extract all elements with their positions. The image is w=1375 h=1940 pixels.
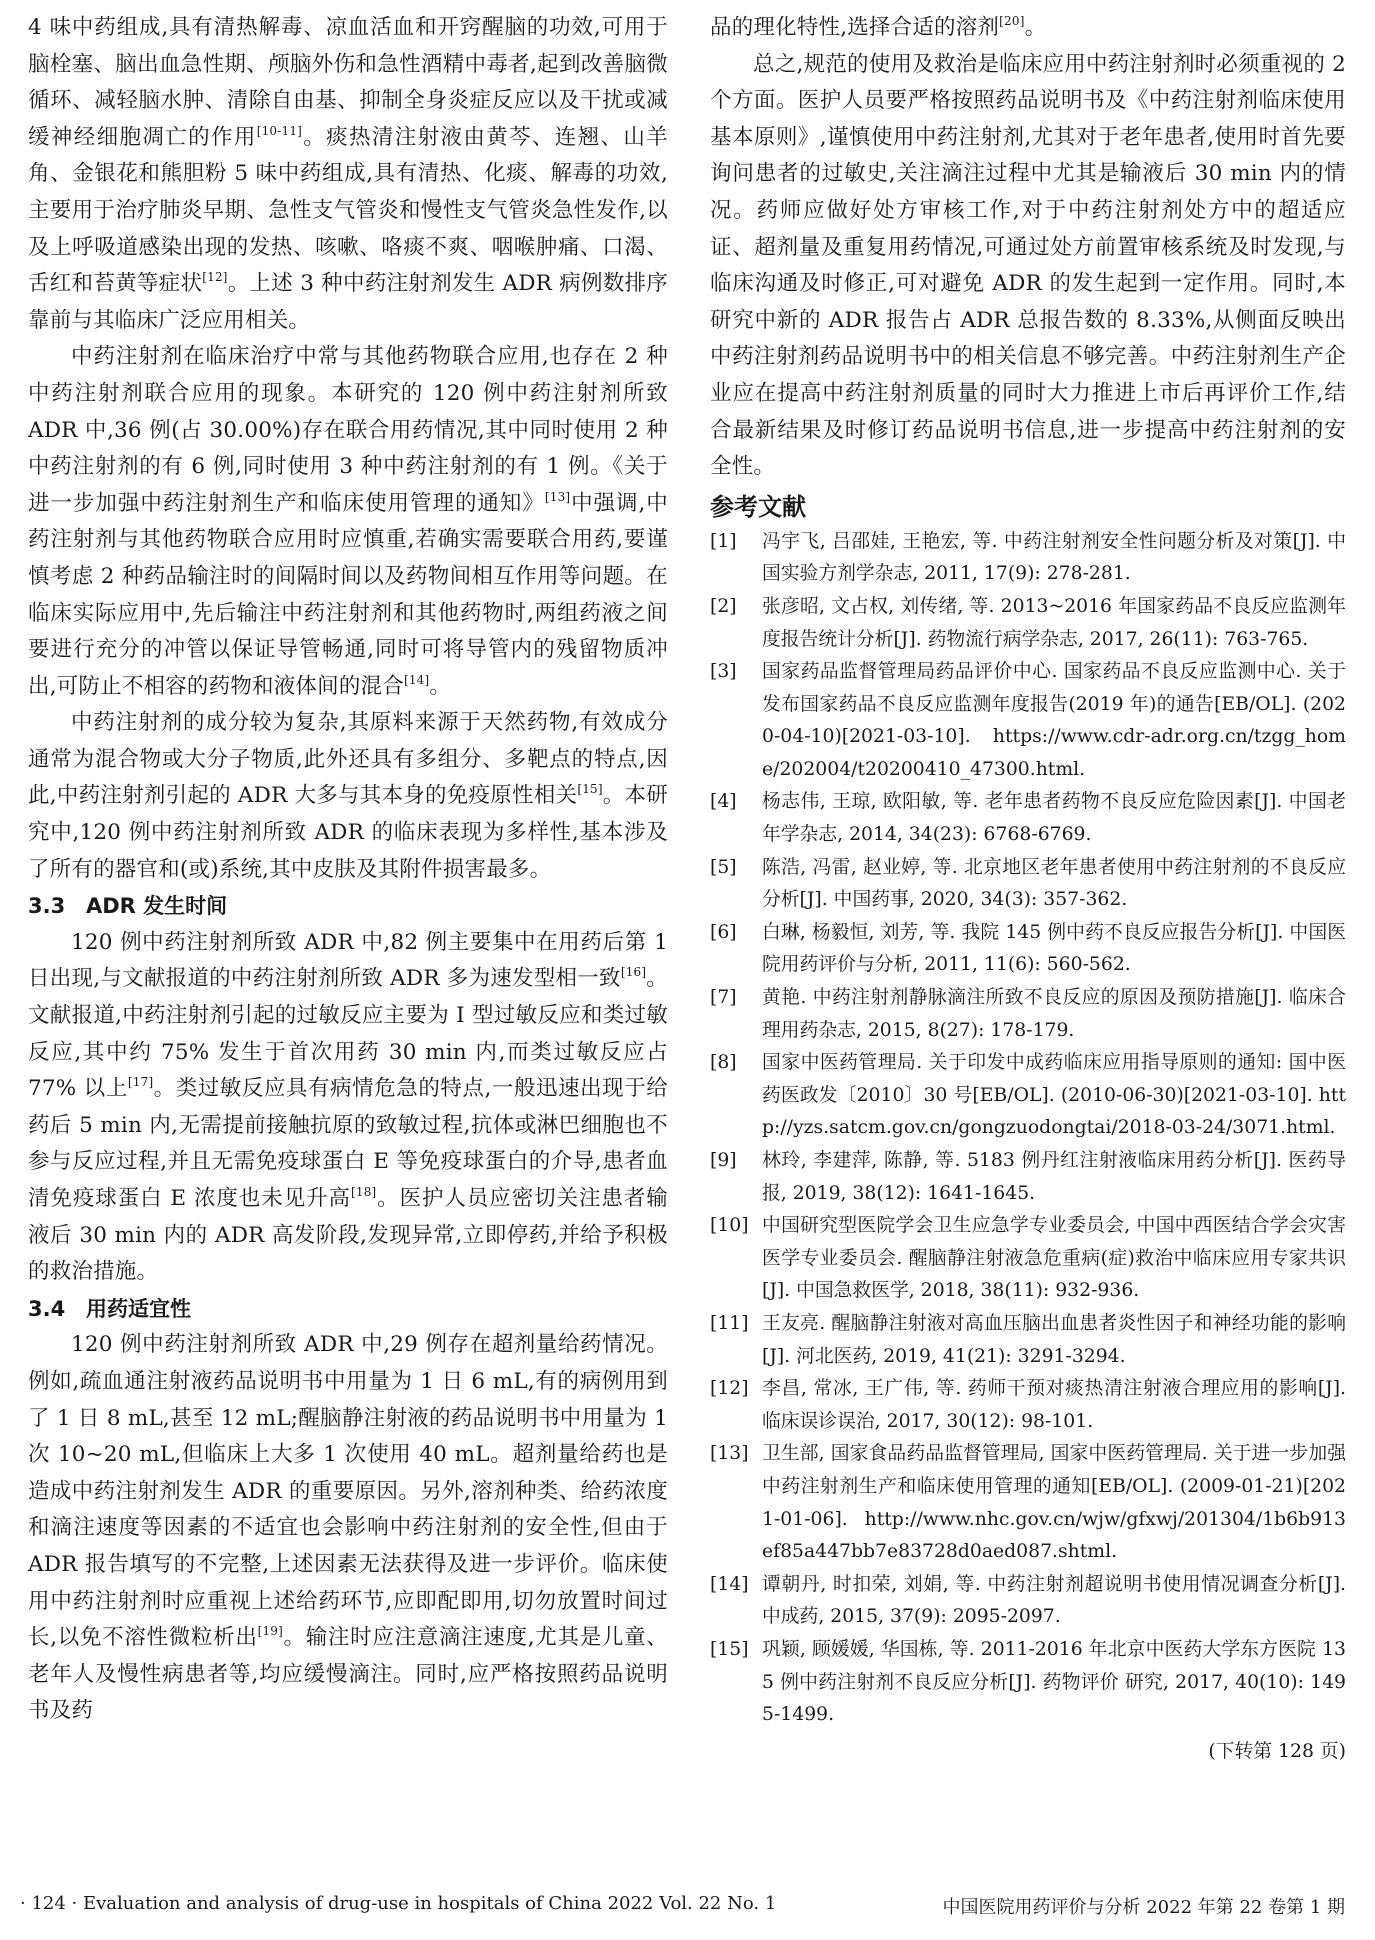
page-footer: · 124 · Evaluation and analysis of drug-…	[0, 1893, 1375, 1925]
paragraph: 总之,规范的使用及救治是临床应用中药注射剂时必须重视的 2 个方面。医护人员要严…	[710, 47, 1346, 486]
reference-item: [8]国家中医药管理局. 关于印发中成药临床应用指导原则的通知: 国中医药医政发…	[710, 1047, 1346, 1145]
reference-text: 白琳, 杨毅恒, 刘芳, 等. 我院 145 例中药不良反应报告分析[J]. 中…	[762, 917, 1346, 982]
right-paragraphs: 品的理化特性,选择合适的溶剂[20]。总之,规范的使用及救治是临床应用中药注射剂…	[710, 10, 1346, 486]
reference-text: 杨志伟, 王琼, 欧阳敏, 等. 老年患者药物不良反应危险因素[J]. 中国老年…	[762, 786, 1346, 851]
section-heading-3-4: 3.4用药适宜性	[28, 1291, 668, 1328]
reference-text: 张彦昭, 文占权, 刘传绪, 等. 2013~2016 年国家药品不良反应监测年…	[762, 591, 1346, 656]
paragraph-text: 中强调,中药注射剂与其他药物联合应用时应慎重,若确实需要联合用药,要谨慎考虑 2…	[28, 491, 668, 699]
citation-marker: [18]	[351, 1185, 376, 1199]
footer-left: · 124 · Evaluation and analysis of drug-…	[20, 1893, 776, 1914]
reference-number: [1]	[710, 526, 762, 591]
right-column: 品的理化特性,选择合适的溶剂[20]。总之,规范的使用及救治是临床应用中药注射剂…	[710, 10, 1346, 1768]
reference-text: 谭朝丹, 时扣荣, 刘娟, 等. 中药注射剂超说明书使用情况调查分析[J]. 中…	[762, 1569, 1346, 1634]
reference-text: 陈浩, 冯雷, 赵业婷, 等. 北京地区老年患者使用中药注射剂的不良反应分析[J…	[762, 852, 1346, 917]
reference-text: 王友亮. 醒脑静注射液对高血压脑出血患者炎性因子和神经功能的影响[J]. 河北医…	[762, 1308, 1346, 1373]
section-number: 3.4	[28, 1291, 86, 1328]
reference-item: [5]陈浩, 冯雷, 赵业婷, 等. 北京地区老年患者使用中药注射剂的不良反应分…	[710, 852, 1346, 917]
citation-marker: [10-11]	[257, 124, 302, 138]
paragraph-text: 120 例中药注射剂所致 ADR 中,82 例主要集中在用药后第 1 日出现,与…	[28, 930, 668, 992]
reference-text: 国家药品监督管理局药品评价中心. 国家药品不良反应监测中心. 关于发布国家药品不…	[762, 656, 1346, 786]
citation-marker: [17]	[128, 1075, 153, 1089]
paragraph: 120 例中药注射剂所致 ADR 中,29 例存在超剂量给药情况。例如,疏血通注…	[28, 1327, 668, 1730]
left-paragraphs: 4 味中药组成,具有清热解毒、凉血活血和开窍醒脑的功效,可用于脑栓塞、脑出血急性…	[28, 10, 668, 888]
references-title: 参考文献	[710, 488, 1346, 526]
reference-number: [12]	[710, 1373, 762, 1438]
reference-number: [7]	[710, 982, 762, 1047]
reference-text: 冯宇飞, 吕邵娃, 王艳宏, 等. 中药注射剂安全性问题分析及对策[J]. 中国…	[762, 526, 1346, 591]
reference-number: [4]	[710, 786, 762, 851]
section-number: 3.3	[28, 888, 86, 925]
reference-number: [2]	[710, 591, 762, 656]
paragraph: 品的理化特性,选择合适的溶剂[20]。	[710, 10, 1346, 47]
reference-item: [7]黄艳. 中药注射剂静脉滴注所致不良反应的原因及预防措施[J]. 临床合理用…	[710, 982, 1346, 1047]
reference-number: [11]	[710, 1308, 762, 1373]
citation-marker: [16]	[621, 965, 646, 979]
section-heading-3-3: 3.3ADR 发生时间	[28, 888, 668, 925]
section-3-4-body: 120 例中药注射剂所致 ADR 中,29 例存在超剂量给药情况。例如,疏血通注…	[28, 1327, 668, 1730]
reference-number: [13]	[710, 1438, 762, 1568]
citation-marker: [19]	[258, 1624, 283, 1638]
reference-list: [1]冯宇飞, 吕邵娃, 王艳宏, 等. 中药注射剂安全性问题分析及对策[J].…	[710, 526, 1346, 1732]
continued-note: (下转第 128 页)	[710, 1736, 1346, 1768]
reference-item: [15]巩颖, 顾媛媛, 华国栋, 等. 2011-2016 年北京中医药大学东…	[710, 1634, 1346, 1732]
citation-marker: [13]	[545, 490, 570, 504]
reference-text: 黄艳. 中药注射剂静脉滴注所致不良反应的原因及预防措施[J]. 临床合理用药杂志…	[762, 982, 1346, 1047]
reference-number: [10]	[710, 1210, 762, 1308]
reference-number: [3]	[710, 656, 762, 786]
reference-item: [13]卫生部, 国家食品药品监督管理局, 国家中医药管理局. 关于进一步加强中…	[710, 1438, 1346, 1568]
reference-item: [14]谭朝丹, 时扣荣, 刘娟, 等. 中药注射剂超说明书使用情况调查分析[J…	[710, 1569, 1346, 1634]
paragraph-text: 。	[429, 674, 451, 699]
left-column: 4 味中药组成,具有清热解毒、凉血活血和开窍醒脑的功效,可用于脑栓塞、脑出血急性…	[28, 10, 668, 1730]
reference-item: [3]国家药品监督管理局药品评价中心. 国家药品不良反应监测中心. 关于发布国家…	[710, 656, 1346, 786]
section-title: 用药适宜性	[86, 1297, 191, 1321]
reference-text: 林玲, 李建萍, 陈静, 等. 5183 例丹红注射液临床用药分析[J]. 医药…	[762, 1145, 1346, 1210]
paragraph-text: 品的理化特性,选择合适的溶剂	[710, 15, 999, 40]
reference-item: [9]林玲, 李建萍, 陈静, 等. 5183 例丹红注射液临床用药分析[J].…	[710, 1145, 1346, 1210]
paragraph: 中药注射剂在临床治疗中常与其他药物联合应用,也存在 2 种中药注射剂联合应用的现…	[28, 339, 668, 705]
reference-number: [8]	[710, 1047, 762, 1145]
reference-text: 巩颖, 顾媛媛, 华国栋, 等. 2011-2016 年北京中医药大学东方医院 …	[762, 1634, 1346, 1732]
citation-marker: [12]	[202, 270, 227, 284]
citation-marker: [20]	[999, 14, 1024, 28]
paragraph-text: 120 例中药注射剂所致 ADR 中,29 例存在超剂量给药情况。例如,疏血通注…	[28, 1332, 668, 1650]
reference-number: [14]	[710, 1569, 762, 1634]
reference-item: [11]王友亮. 醒脑静注射液对高血压脑出血患者炎性因子和神经功能的影响[J].…	[710, 1308, 1346, 1373]
citation-marker: [14]	[404, 673, 429, 687]
reference-number: [6]	[710, 917, 762, 982]
section-title: ADR 发生时间	[86, 894, 227, 918]
reference-text: 李昌, 常冰, 王广伟, 等. 药师干预对痰热清注射液合理应用的影响[J]. 临…	[762, 1373, 1346, 1438]
reference-item: [10]中国研究型医院学会卫生应急学专业委员会, 中国中西医结合学会灾害医学专业…	[710, 1210, 1346, 1308]
reference-item: [12]李昌, 常冰, 王广伟, 等. 药师干预对痰热清注射液合理应用的影响[J…	[710, 1373, 1346, 1438]
paragraph: 120 例中药注射剂所致 ADR 中,82 例主要集中在用药后第 1 日出现,与…	[28, 925, 668, 1291]
section-3-3-body: 120 例中药注射剂所致 ADR 中,82 例主要集中在用药后第 1 日出现,与…	[28, 925, 668, 1291]
reference-text: 卫生部, 国家食品药品监督管理局, 国家中医药管理局. 关于进一步加强中药注射剂…	[762, 1438, 1346, 1568]
reference-number: [5]	[710, 852, 762, 917]
reference-number: [15]	[710, 1634, 762, 1732]
reference-text: 中国研究型医院学会卫生应急学专业委员会, 中国中西医结合学会灾害医学专业委员会.…	[762, 1210, 1346, 1308]
paragraph: 中药注射剂的成分较为复杂,其原料来源于天然药物,有效成分通常为混合物或大分子物质…	[28, 705, 668, 888]
paragraph-text: 中药注射剂的成分较为复杂,其原料来源于天然药物,有效成分通常为混合物或大分子物质…	[28, 710, 668, 808]
reference-item: [2]张彦昭, 文占权, 刘传绪, 等. 2013~2016 年国家药品不良反应…	[710, 591, 1346, 656]
paragraph: 4 味中药组成,具有清热解毒、凉血活血和开窍醒脑的功效,可用于脑栓塞、脑出血急性…	[28, 10, 668, 339]
paragraph-text: 。	[1025, 15, 1047, 40]
reference-text: 国家中医药管理局. 关于印发中成药临床应用指导原则的通知: 国中医药医政发〔20…	[762, 1047, 1346, 1145]
reference-number: [9]	[710, 1145, 762, 1210]
citation-marker: [15]	[577, 782, 602, 796]
paragraph-text: 总之,规范的使用及救治是临床应用中药注射剂时必须重视的 2 个方面。医护人员要严…	[710, 52, 1346, 480]
footer-right: 中国医院用药评价与分析 2022 年第 22 卷第 1 期	[943, 1893, 1346, 1919]
reference-item: [1]冯宇飞, 吕邵娃, 王艳宏, 等. 中药注射剂安全性问题分析及对策[J].…	[710, 526, 1346, 591]
reference-item: [6]白琳, 杨毅恒, 刘芳, 等. 我院 145 例中药不良反应报告分析[J]…	[710, 917, 1346, 982]
reference-item: [4]杨志伟, 王琼, 欧阳敏, 等. 老年患者药物不良反应危险因素[J]. 中…	[710, 786, 1346, 851]
